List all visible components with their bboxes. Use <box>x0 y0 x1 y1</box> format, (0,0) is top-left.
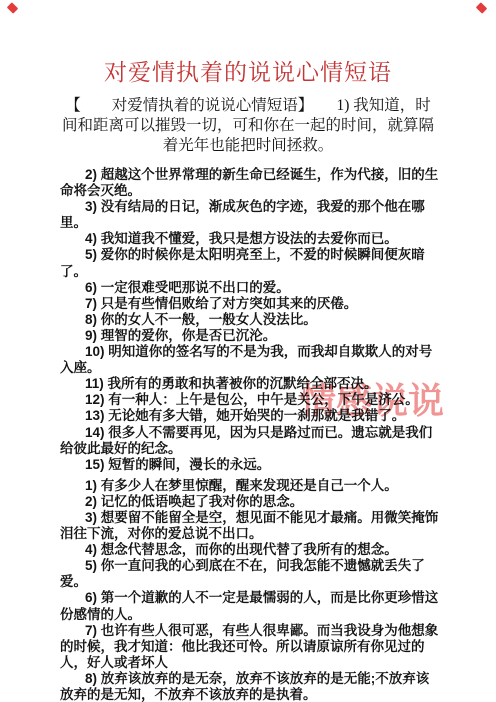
quote-item: 14) 很多人不需要再见，因为只是路过而已。遗忘就是我们给彼此最好的纪念。 <box>60 425 440 457</box>
quote-item: 15) 短暂的瞬间，漫长的永远。 <box>60 457 440 473</box>
intro-line: 间和距离可以摧毁一切，可和你在一起的时间，就算隔 <box>58 116 438 136</box>
intro-paragraph: 【 对爱情执着的说说心情短语】 1) 我知道，时 间和距离可以摧毁一切，可和你在… <box>58 96 438 156</box>
quote-item: 7) 只是有些情侣败给了对方突如其来的厌倦。 <box>60 296 440 312</box>
quote-item: 8) 放弃该放弃的是无奈，放弃不该放弃的是无能;不放弃该放弃的是无知，不放弃不该… <box>60 671 440 702</box>
quote-item: 9) 理智的爱你，你是否已沉沦。 <box>60 328 440 344</box>
quote-item: 2) 记忆的低语唤起了我对你的思念。 <box>60 494 440 510</box>
quote-item: 5) 爱你的时候你是太阳明亮至上，不爱的时候瞬间便灰暗了。 <box>60 247 440 279</box>
quote-list-1: 2) 超越这个世界常理的新生命已经诞生，作为代接，旧的生命将会灭绝。3) 没有结… <box>60 167 440 473</box>
quote-item: 6) 第一个道歉的人不一定是最懦弱的人，而是比你更珍惜这份感情的人。 <box>60 590 440 622</box>
quote-item: 11) 我所有的勇敢和执著被你的沉默给全部否决。 <box>60 376 440 392</box>
quote-item: 13) 无论她有多大错，她开始哭的一刹那就是我错了。 <box>60 408 440 424</box>
quote-item: 7) 也许有些人很可恶，有些人很卑鄙。而当我设身为他想象的时候，我才知道：他比我… <box>60 623 440 671</box>
quote-item: 10) 明知道你的签名写的不是为我，而我却自欺欺人的对号入座。 <box>60 344 440 376</box>
quote-item: 3) 没有结局的日记，渐成灰色的字迹，我爱的那个他在哪里。 <box>60 199 440 231</box>
page-title: 对爱情执着的说说心情短语 <box>0 0 496 87</box>
quote-item: 6) 一定很难受吧那说不出口的爱。 <box>60 280 440 296</box>
quote-item: 1) 有多少人在梦里惊醒，醒来发现还是自己一个人。 <box>60 478 440 494</box>
quote-item: 2) 超越这个世界常理的新生命已经诞生，作为代接，旧的生命将会灭绝。 <box>60 167 440 199</box>
quote-item: 8) 你的女人不一般，一般女人没法比。 <box>60 312 440 328</box>
document-page: 对爱情执着的说说心情短语 【 对爱情执着的说说心情短语】 1) 我知道，时 间和… <box>0 0 496 702</box>
quote-item: 4) 我知道我不懂爱，我只是想方设法的去爱你而已。 <box>60 231 440 247</box>
quote-list-2: 1) 有多少人在梦里惊醒，醒来发现还是自己一个人。2) 记忆的低语唤起了我对你的… <box>60 478 440 702</box>
intro-line: 着光年也能把时间拯救。 <box>58 136 438 156</box>
quote-item: 3) 想要留不能留全是空，想见面不能见才最痛。用微笑掩饰泪往下流，对你的爱总说不… <box>60 510 440 542</box>
intro-line: 【 对爱情执着的说说心情短语】 1) 我知道，时 <box>58 96 438 116</box>
quote-item: 5) 你一直问我的心到底在不在，问我怎能不遗憾就丢失了爱。 <box>60 558 440 590</box>
quote-item: 12) 有一种人：上午是包公，中午是关公，下午是济公。 <box>60 392 440 408</box>
quote-item: 4) 想念代替思念，而你的出现代替了我所有的想念。 <box>60 542 440 558</box>
